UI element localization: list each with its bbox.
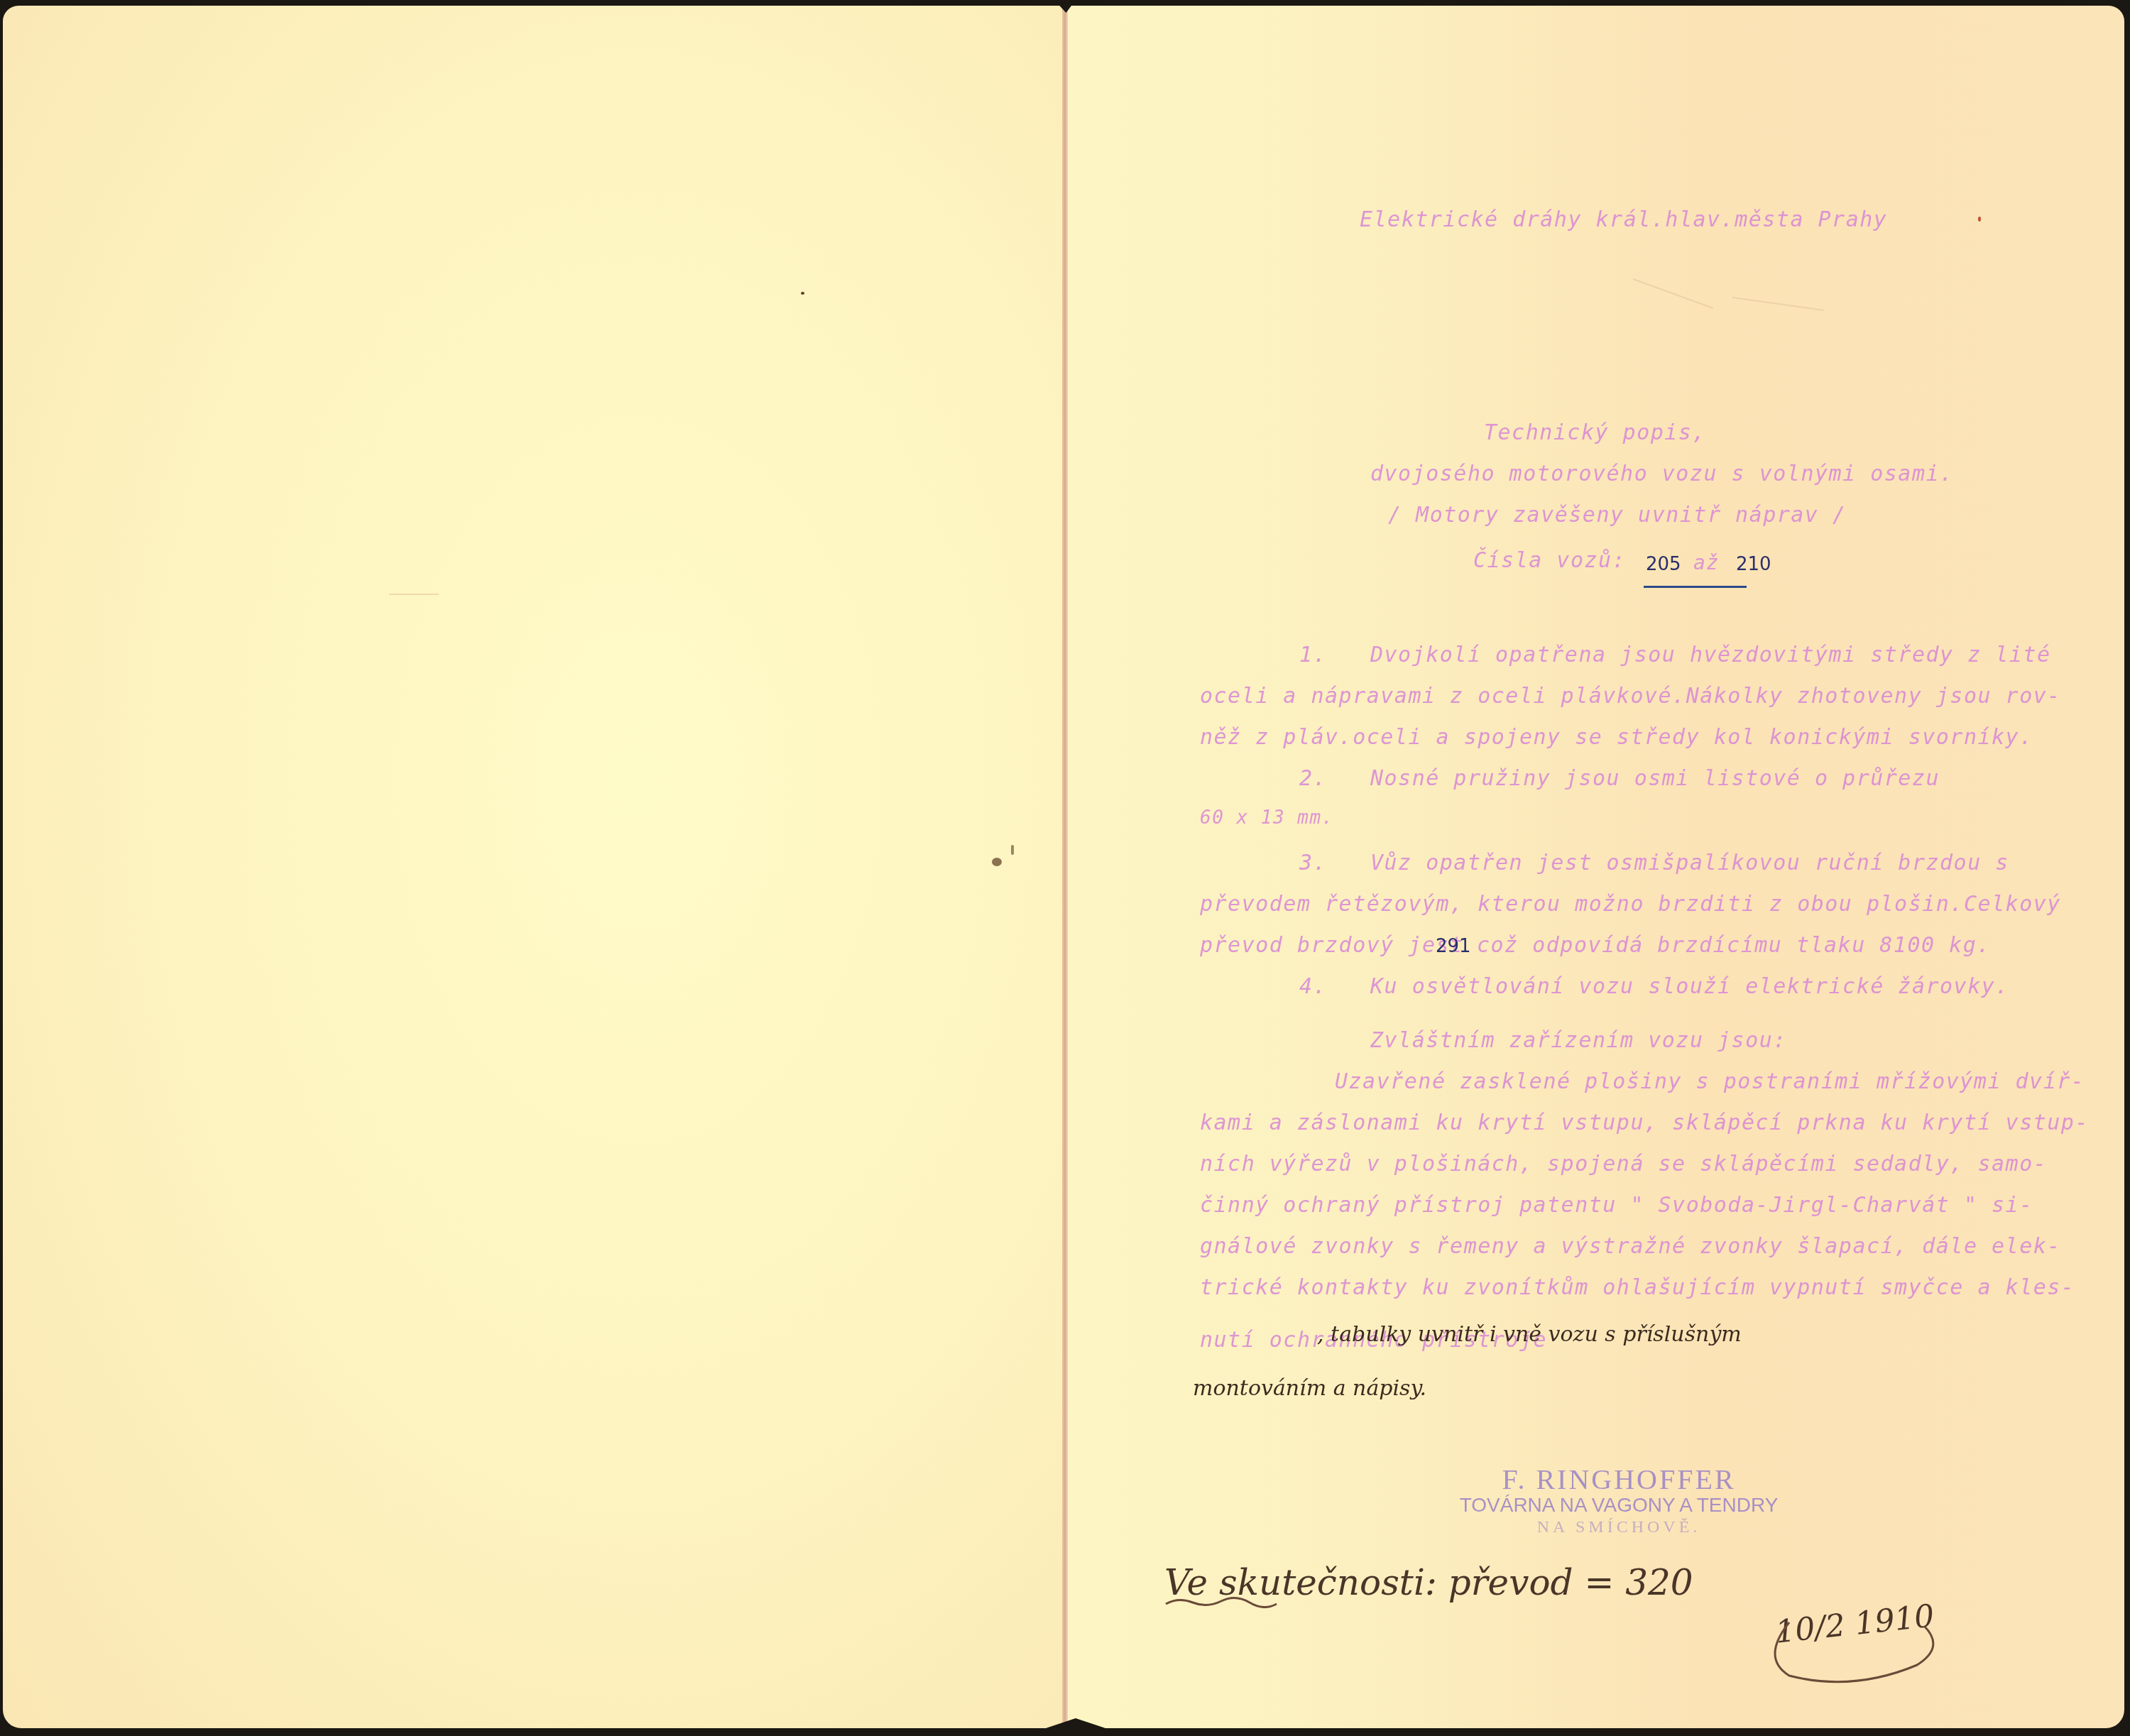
paragraph-1-number: 1. bbox=[1299, 643, 1327, 667]
paragraph-2-number: 2. bbox=[1299, 766, 1327, 791]
paragraph-3-line-3a: převod brzdový jest bbox=[1200, 933, 1464, 958]
paragraph-1-line-3: něž z pláv.oceli a spojeny se středy kol… bbox=[1200, 725, 2033, 750]
paragraph-3-number: 3. bbox=[1299, 851, 1327, 875]
equipment-line-1: Uzavřené zasklené plošiny s postraními m… bbox=[1335, 1069, 2085, 1094]
paragraph-3-line-3b: což odpovídá brzdícímu tlaku 8100 kg. bbox=[1477, 933, 1991, 958]
paper-mark bbox=[389, 594, 439, 595]
paper-speck bbox=[1978, 217, 1981, 222]
left-page bbox=[3, 6, 1062, 1728]
equipment-line-4: činný ochraný přístroj patentu " Svoboda… bbox=[1200, 1193, 2033, 1218]
document-header: Elektrické dráhy král.hlav.města Prahy bbox=[1360, 207, 1887, 232]
equipment-line-5: gnálové zvonky s řemeny a výstražné zvon… bbox=[1200, 1234, 2061, 1259]
paragraph-1-line-2: oceli a nápravami z oceli plávkové.Nákol… bbox=[1200, 684, 2061, 709]
car-number-to: 210 bbox=[1736, 554, 1771, 575]
paragraph-4-number: 4. bbox=[1299, 974, 1327, 999]
paper-speck bbox=[801, 292, 804, 295]
car-numbers-between: až bbox=[1693, 551, 1720, 574]
paragraph-2-line-2: 60 x 13 mm. bbox=[1200, 807, 1334, 829]
stamp-company-name: F. RINGHOFFER bbox=[1413, 1463, 1825, 1496]
stamp-location: NA SMÍCHOVĚ. bbox=[1413, 1518, 1825, 1537]
binding-gutter bbox=[1062, 0, 1068, 1736]
equipment-line-3: ních výřezů v plošinách, spojená se sklá… bbox=[1200, 1152, 2047, 1177]
paragraph-3-line-1: Vůz opatřen jest osmišpalíkovou ruční br… bbox=[1370, 851, 2009, 875]
date-circle bbox=[1761, 1608, 1945, 1686]
equipment-line-6: trické kontakty ku zvonítkům ohlašujícím… bbox=[1200, 1275, 2075, 1300]
brake-ratio-handwritten: 291 bbox=[1436, 936, 1471, 957]
equipment-line-2: kami a záslonami ku krytí vstupu, sklápě… bbox=[1200, 1110, 2089, 1135]
paragraph-4-line-1: Ku osvětlování vozu slouží elektrické žá… bbox=[1370, 974, 2009, 999]
note-underline bbox=[1164, 1594, 1278, 1608]
ink-blot bbox=[1011, 845, 1014, 855]
title-line-3: / Motory zavěšeny uvnitř náprav / bbox=[1388, 503, 1847, 528]
title-line-2: dvojosého motorového vozu s volnými osam… bbox=[1370, 462, 1954, 486]
car-numbers-label: Čísla vozů: bbox=[1473, 548, 1626, 573]
paragraph-1-line-1: Dvojkolí opatřena jsou hvězdovitými stře… bbox=[1370, 643, 2051, 667]
stamp-company-desc: TOVÁRNA NA VAGONY A TENDRY bbox=[1413, 1494, 1825, 1517]
handwritten-addition-line-2: montováním a nápisy. bbox=[1193, 1376, 1426, 1401]
ink-blot bbox=[992, 858, 1002, 866]
paragraph-2-line-1: Nosné pružiny jsou osmi listové o průřez… bbox=[1370, 766, 1940, 791]
special-equipment-heading: Zvláštním zařízením vozu jsou: bbox=[1370, 1028, 1787, 1053]
title-line-1: Technický popis, bbox=[1484, 420, 1706, 445]
paragraph-3-line-2: převodem řetězovým, kterou možno brzditi… bbox=[1200, 892, 2061, 917]
handwritten-addition-line-1: , tabulky uvnitř i vně vozu s příslušným bbox=[1317, 1322, 1742, 1347]
car-number-underline bbox=[1644, 586, 1747, 588]
car-number-from: 205 bbox=[1646, 554, 1681, 575]
